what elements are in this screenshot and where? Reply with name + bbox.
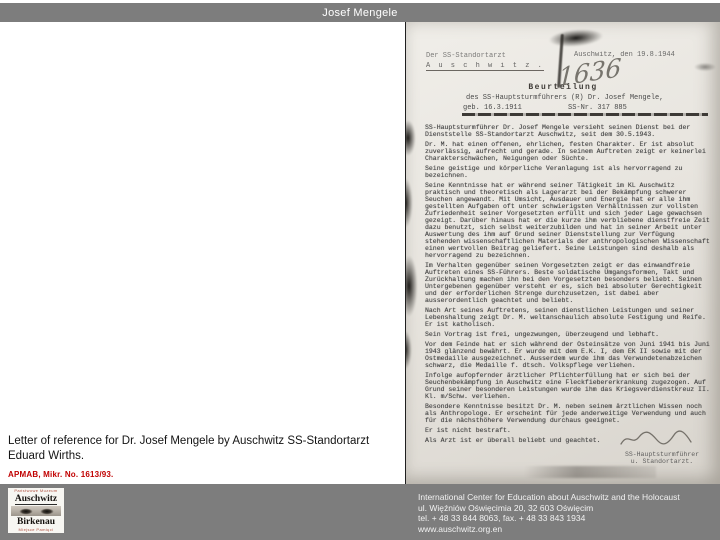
document-paragraph: Sein Vortrag ist frei, ungezwungen, über… — [425, 331, 713, 338]
logo-word-auschwitz: Auschwitz — [15, 494, 57, 505]
document-body: SS-Hauptsturmführer Dr. Josef Mengele ve… — [425, 124, 713, 447]
ink-stain — [543, 25, 608, 51]
scan-edge-stain — [406, 117, 417, 159]
logo-word-birkenau: Birkenau — [17, 517, 55, 527]
footer-contact: International Center for Education about… — [418, 492, 680, 534]
letterhead-sender: Der SS-Standortarzt — [426, 52, 506, 60]
letterhead-location: A u s c h w i t z . — [426, 62, 544, 71]
document-paragraph: Infolge aufopfernder ärztlicher Pflichte… — [425, 372, 713, 400]
footer-line-address: ul. Więźniów Oświęcimia 20, 32 603 Oświę… — [418, 503, 680, 514]
document-paragraph: Besondere Kenntnisse besitzt Dr. M. nebe… — [425, 403, 713, 424]
footer-link-website[interactable]: www.auschwitz.org.en — [418, 524, 680, 535]
stamp-smudge — [524, 466, 656, 478]
document-paragraph: Nach Art seines Auftretens, seinen diens… — [425, 307, 713, 328]
document-paragraph: SS-Hauptsturmführer Dr. Josef Mengele ve… — [425, 124, 713, 138]
document-title: Beurteilung — [406, 83, 720, 92]
page-title: Josef Mengele — [322, 7, 397, 19]
eyes-image — [11, 506, 61, 516]
signature-role-line: u. Standortarzt. — [616, 458, 708, 465]
document-paragraph: Seine geistige und körperliche Veranlagu… — [425, 165, 713, 179]
ss-number: SS-Nr. 317 885 — [568, 104, 627, 112]
scan-smudge — [692, 62, 718, 72]
scan-edge-stain — [406, 327, 413, 373]
document-paragraph: Seine Kenntnisse hat er während seiner T… — [425, 182, 713, 259]
heading-rule — [462, 113, 708, 116]
header-bar: Josef Mengele — [0, 3, 720, 22]
footer-bar: Państwowe Muzeum Auschwitz Birkenau Miej… — [0, 484, 720, 540]
logo-top-caption: Państwowe Muzeum — [14, 489, 57, 493]
footer-line-phone: tel. + 48 33 844 8063, fax. + 48 33 843 … — [418, 513, 680, 524]
caption-text: Letter of reference for Dr. Josef Mengel… — [8, 434, 382, 464]
document-paragraph: Dr. M. hat einen offenen, ehrlichen, fes… — [425, 141, 713, 162]
document-page: Der SS-Standortarzt A u s c h w i t z . … — [406, 22, 720, 484]
document-paragraph: Im Verhalten gegenüber seinen Vorgesetzt… — [425, 262, 713, 304]
signature-rank-line: SS-Hauptsturmführer — [616, 451, 708, 458]
handwritten-signature — [618, 430, 694, 448]
document-scan: Der SS-Standortarzt A u s c h w i t z . … — [406, 22, 720, 484]
scan-edge-stain — [406, 250, 419, 322]
archive-reference: APMAB, Mikr. No. 1613/93. — [8, 470, 113, 479]
signature-block: SS-Hauptsturmführer u. Standortarzt. — [616, 451, 708, 465]
birth-date-line: geb. 16.3.1911 — [463, 104, 522, 112]
subject-line: des SS-Hauptsturmführers (R) Dr. Josef M… — [466, 94, 663, 102]
document-paragraph: Vor dem Feinde hat er sich während der O… — [425, 341, 713, 369]
auschwitz-birkenau-museum-logo: Państwowe Muzeum Auschwitz Birkenau Miej… — [8, 488, 64, 533]
scan-edge-stain — [406, 174, 414, 232]
footer-line-institution: International Center for Education about… — [418, 492, 680, 503]
slide: Josef Mengele Letter of reference for Dr… — [0, 0, 720, 540]
logo-bottom-caption: Miejsce Pamięci — [19, 528, 54, 532]
